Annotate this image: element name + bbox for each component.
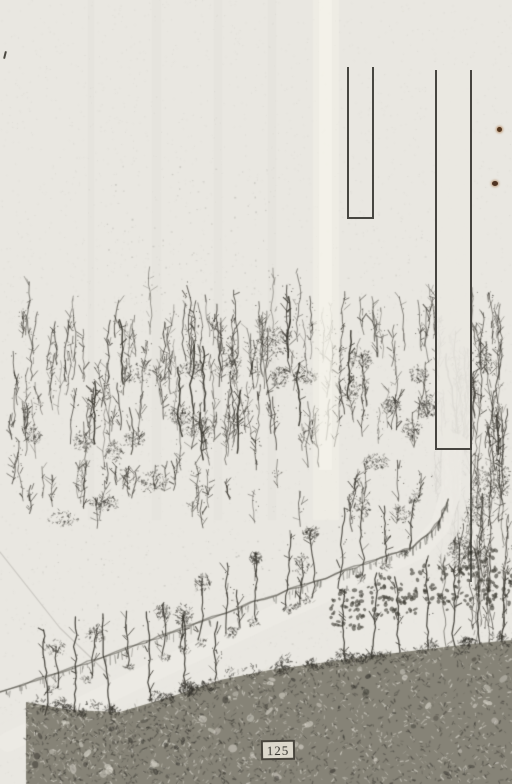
overlay-box-open-top: [347, 67, 374, 219]
overlay-box-tall: [435, 70, 472, 450]
scanned-page: 125: [0, 0, 512, 784]
foxing-spot-icon: [492, 181, 498, 186]
foxing-spot-icon: [497, 127, 502, 132]
overlay-tail-line: [470, 450, 472, 582]
page-number: 125: [267, 743, 290, 756]
page-number-plate: 125: [261, 740, 295, 761]
